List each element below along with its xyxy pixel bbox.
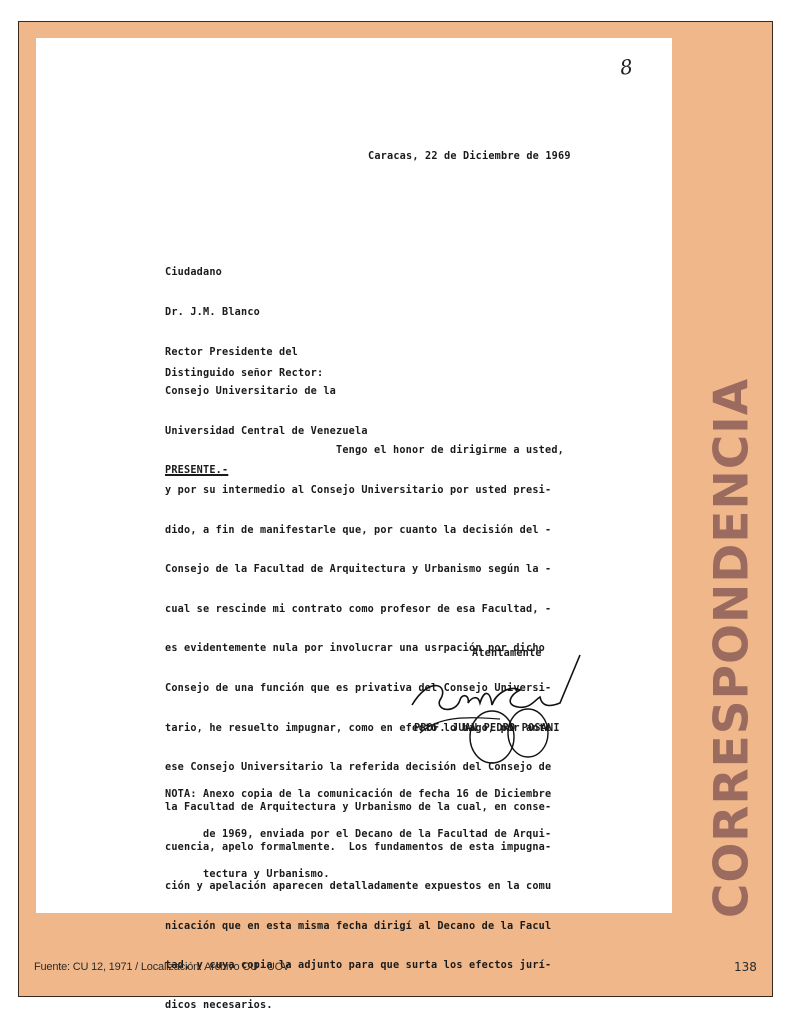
note-block: NOTA: Anexo copia de la comunicación de … bbox=[165, 762, 551, 894]
source-caption: Fuente: CU 12, 1971 / Localización: Arch… bbox=[34, 961, 290, 973]
signatory-name: PROF. JUAN PEDRO POSANI bbox=[414, 722, 560, 735]
salutation: Distinguido señor Rector: bbox=[165, 367, 323, 380]
body-line: dido, a fin de manifestarle que, por cua… bbox=[165, 524, 564, 537]
note-line: NOTA: Anexo copia de la comunicación de … bbox=[165, 788, 551, 801]
recipient-line: Dr. J.M. Blanco bbox=[165, 306, 368, 319]
body-line: y por su intermedio al Consejo Universit… bbox=[165, 484, 564, 497]
body-line: nicación que en esta misma fecha dirigí … bbox=[165, 920, 564, 933]
recipient-line: Rector Presidente del bbox=[165, 346, 368, 359]
section-title: CORRESPONDENCIA bbox=[705, 378, 760, 918]
page-number: 138 bbox=[734, 960, 757, 974]
handwritten-signature bbox=[400, 645, 600, 765]
body-line: Tengo el honor de dirigirme a usted, bbox=[165, 444, 564, 457]
note-line: de 1969, enviada por el Decano de la Fac… bbox=[165, 828, 551, 841]
recipient-line: Ciudadano bbox=[165, 266, 368, 279]
body-line: cual se rescinde mi contrato como profes… bbox=[165, 603, 564, 616]
body-line: Consejo de la Facultad de Arquitectura y… bbox=[165, 563, 564, 576]
recipient-line: Consejo Universitario de la bbox=[165, 385, 368, 398]
note-line: tectura y Urbanismo. bbox=[165, 868, 551, 881]
body-line: dicos necesarios. bbox=[165, 999, 564, 1012]
letter-date: Caracas, 22 de Diciembre de 1969 bbox=[368, 150, 571, 163]
